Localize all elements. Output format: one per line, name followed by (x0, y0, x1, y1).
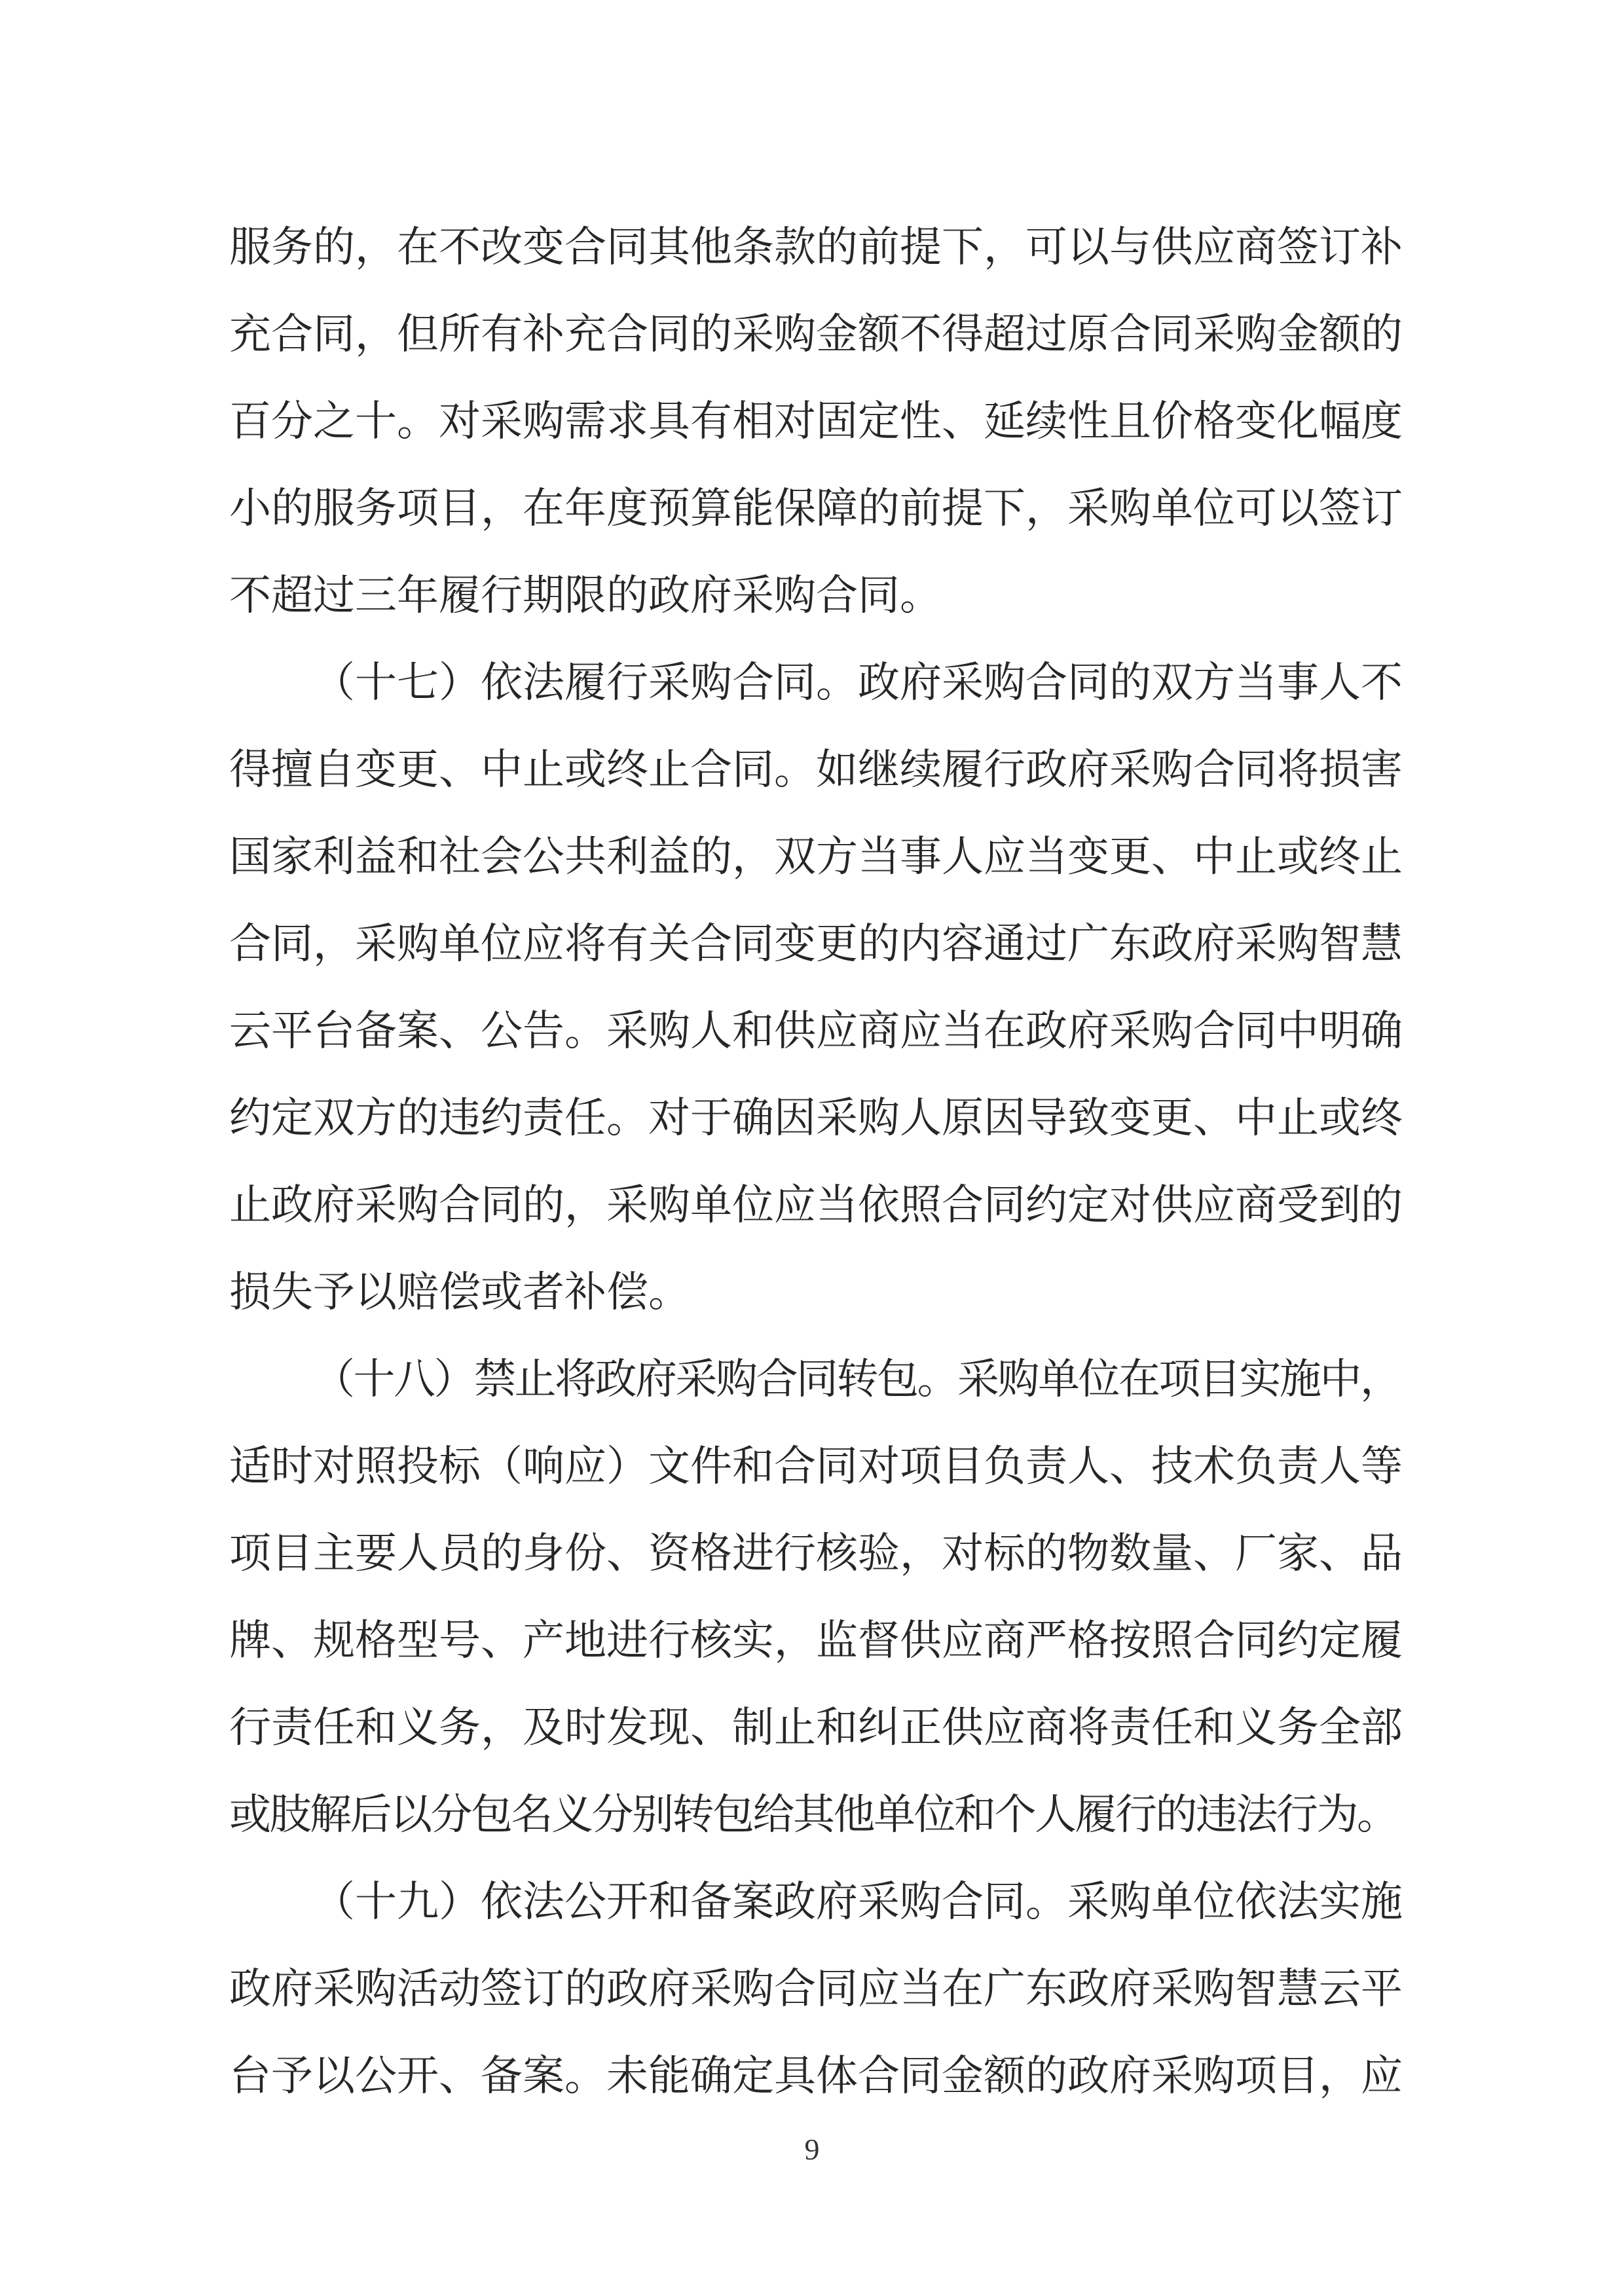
text-line: 项目主要人员的身份、资格进行核验，对标的物数量、厂家、品 (229, 1510, 1405, 1597)
document-page: 服务的，在不改变合同其他条款的前提下，可以与供应商签订补 充合同，但所有补充合同… (0, 0, 1624, 2295)
text-line: 小的服务项目，在年度预算能保障的前提下，采购单位可以签订 (229, 465, 1405, 552)
body-text: 服务的，在不改变合同其他条款的前提下，可以与供应商签订补 充合同，但所有补充合同… (229, 204, 1405, 2120)
text-line: 合同，采购单位应将有关合同变更的内容通过广东政府采购智慧 (229, 900, 1405, 987)
text-line: 约定双方的违约责任。对于确因采购人原因导致变更、中止或终 (229, 1074, 1405, 1162)
text-line: 止政府采购合同的，采购单位应当依照合同约定对供应商受到的 (229, 1162, 1405, 1249)
text-line: 行责任和义务，及时发现、制止和纠正供应商将责任和义务全部 (229, 1684, 1405, 1771)
text-line: 国家利益和社会公共利益的，双方当事人应当变更、中止或终止 (229, 813, 1405, 900)
text-line: 损失予以赔偿或者补偿。 (229, 1249, 1405, 1336)
text-line: 服务的，在不改变合同其他条款的前提下，可以与供应商签订补 (229, 204, 1405, 291)
text-line: 台予以公开、备案。未能确定具体合同金额的政府采购项目，应 (229, 2032, 1405, 2120)
text-line: （十八）禁止将政府采购合同转包。采购单位在项目实施中， (229, 1336, 1405, 1423)
page-number: 9 (0, 2133, 1624, 2166)
text-line: 充合同，但所有补充合同的采购金额不得超过原合同采购金额的 (229, 291, 1405, 378)
text-line: 政府采购活动签订的政府采购合同应当在广东政府采购智慧云平 (229, 1945, 1405, 2032)
text-line: 或肢解后以分包名义分别转包给其他单位和个人履行的违法行为。 (229, 1771, 1405, 1858)
text-line: （十七）依法履行采购合同。政府采购合同的双方当事人不 (229, 639, 1405, 726)
text-line: （十九）依法公开和备案政府采购合同。采购单位依法实施 (229, 1858, 1405, 1945)
text-line: 得擅自变更、中止或终止合同。如继续履行政府采购合同将损害 (229, 726, 1405, 813)
text-line: 牌、规格型号、产地进行核实，监督供应商严格按照合同约定履 (229, 1597, 1405, 1684)
text-line: 云平台备案、公告。采购人和供应商应当在政府采购合同中明确 (229, 987, 1405, 1074)
text-line: 适时对照投标（响应）文件和合同对项目负责人、技术负责人等 (229, 1423, 1405, 1510)
text-line: 百分之十。对采购需求具有相对固定性、延续性且价格变化幅度 (229, 378, 1405, 465)
text-line: 不超过三年履行期限的政府采购合同。 (229, 552, 1405, 639)
